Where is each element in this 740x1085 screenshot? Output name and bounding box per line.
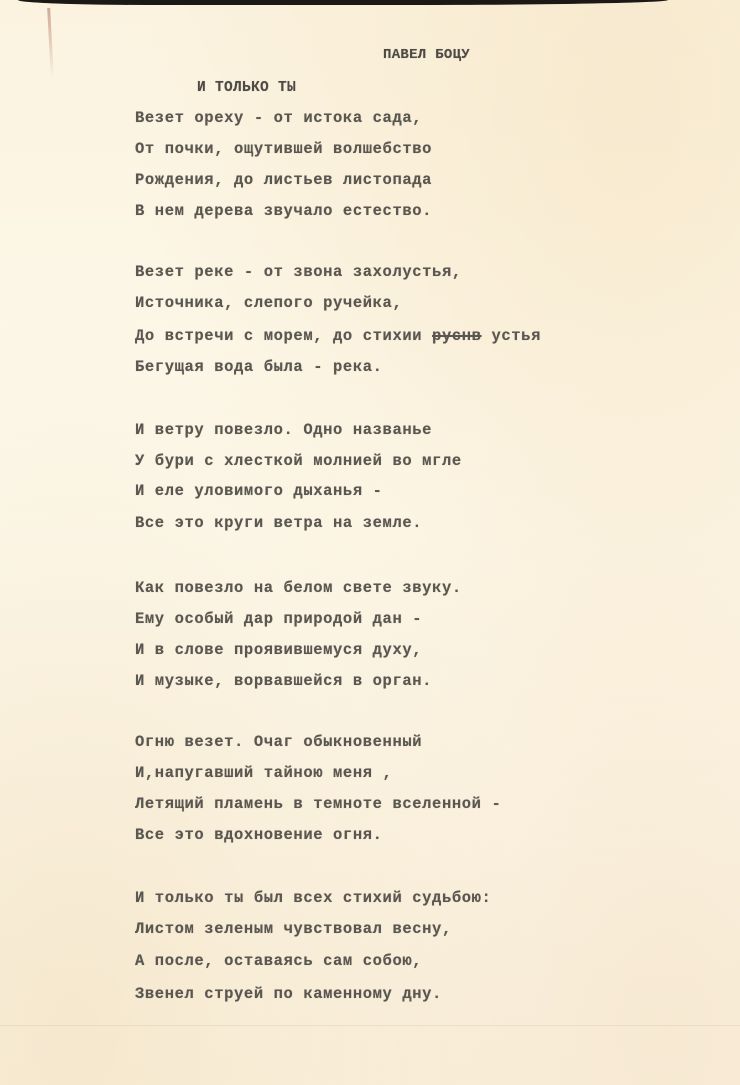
poem-line: Бегущая вода была - река. bbox=[135, 357, 383, 377]
poem-line: Все это вдохновение огня. bbox=[135, 825, 383, 845]
poem-line-with-correction: До встречи с морем, до стихии руснв усть… bbox=[135, 326, 541, 346]
poem-line: От почки, ощутившей волшебство bbox=[135, 139, 432, 159]
poem-line: И только ты был всех стихий судьбою: bbox=[135, 888, 491, 908]
poem-title: И ТОЛЬКО ТЫ bbox=[197, 78, 296, 98]
poem-line: Рождения, до листьев листопада bbox=[135, 170, 432, 190]
poem-line: И еле уловимого дыханья - bbox=[135, 481, 383, 501]
poem-line: В нем дерева звучало естество. bbox=[135, 201, 432, 221]
poem-line: И ветру повезло. Одно названье bbox=[135, 420, 432, 440]
author-name: ПАВЕЛ БОЦУ bbox=[383, 45, 470, 65]
poem-line: Как повезло на белом свете звуку. bbox=[135, 578, 462, 598]
page-top-edge bbox=[18, 0, 668, 5]
poem-line: Везет реке - от звона захолустья, bbox=[135, 262, 462, 282]
line-text: До встречи с морем, до стихии bbox=[135, 327, 432, 345]
poem-line: Летящий пламень в темноте вселенной - bbox=[135, 794, 501, 814]
poem-line: Огню везет. Очаг обыкновенный bbox=[135, 732, 422, 752]
poem-line: Везет ореху - от истока сада, bbox=[135, 108, 422, 128]
paper-stain bbox=[47, 8, 54, 78]
poem-line: А после, оставаясь сам собою, bbox=[135, 951, 422, 971]
struck-word: руснв bbox=[432, 327, 482, 345]
poem-line: Источника, слепого ручейка, bbox=[135, 293, 402, 313]
paper-fold bbox=[0, 1025, 740, 1026]
poem-line: Ему особый дар природой дан - bbox=[135, 609, 422, 629]
poem-line: И в слове проявившемуся духу, bbox=[135, 640, 422, 660]
line-text: устья bbox=[482, 327, 541, 345]
poem-line: У бури с хлесткой молнией во мгле bbox=[135, 451, 462, 471]
poem-line: И,напугавший тайною меня , bbox=[135, 763, 392, 783]
poem-line: Звенел струей по каменному дну. bbox=[135, 984, 442, 1004]
poem-line: Листом зеленым чувствовал весну, bbox=[135, 919, 452, 939]
poem-line: Все это круги ветра на земле. bbox=[135, 513, 422, 533]
poem-line: И музыке, ворвавшейся в орган. bbox=[135, 671, 432, 691]
